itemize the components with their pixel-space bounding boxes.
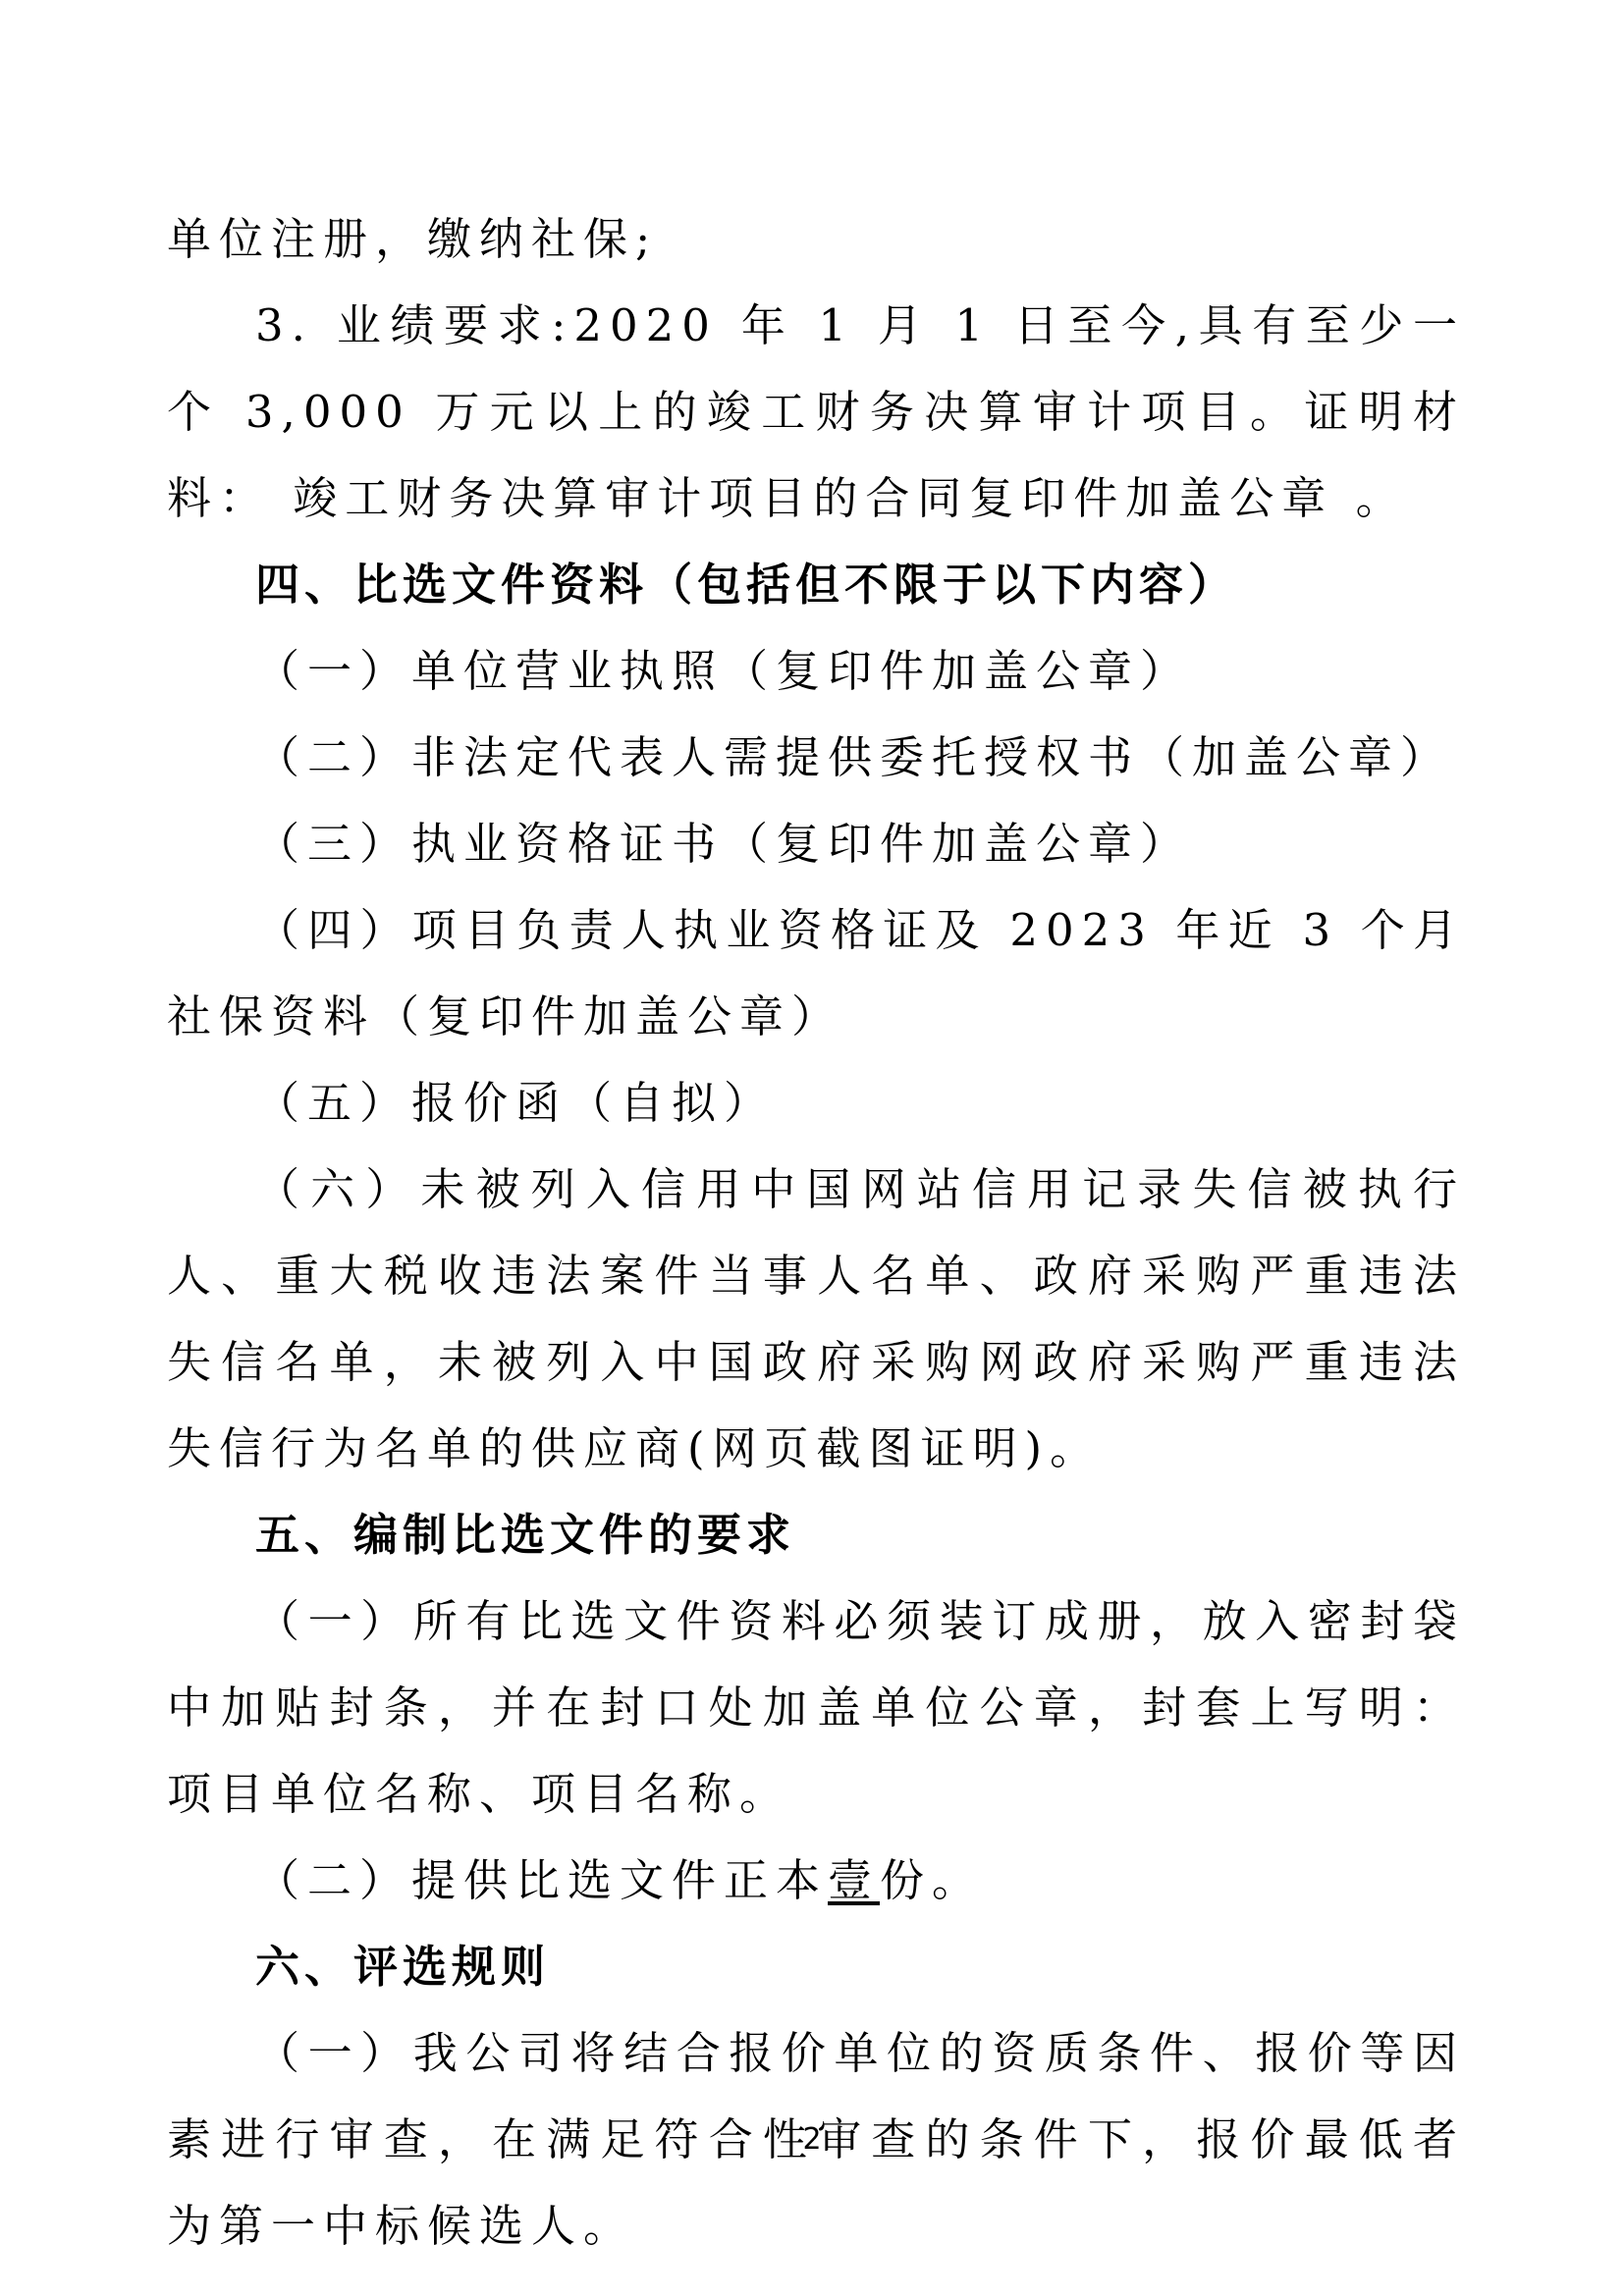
paragraph-registration-social-security: 单位注册，缴纳社保;: [167, 196, 1465, 283]
list-item-4-5-quotation-letter: （五）报价函（自拟）: [167, 1060, 1465, 1147]
heading-section-4-bid-documents: 四、比选文件资料（包括但不限于以下内容）: [167, 542, 1465, 628]
list-item-4-4-project-leader-certificate: （四）项目负责人执业资格证及 2023 年近 3 个月社保资料（复印件加盖公章）: [167, 887, 1465, 1060]
list-item-4-3-qualification-certificate: （三）执业资格证书（复印件加盖公章）: [167, 801, 1465, 887]
list-item-5-2-underlined-one: 壹: [828, 1854, 880, 1906]
heading-section-5-preparation-requirements: 五、编制比选文件的要求: [167, 1492, 1465, 1578]
paragraph-performance-requirement: 3. 业绩要求:2020 年 1 月 1 日至今,具有至少一个 3,000 万元…: [167, 283, 1465, 542]
list-item-5-2-original-copy: （二）提供比选文件正本壹份。: [167, 1838, 1465, 1924]
list-item-5-2-suffix: 份。: [880, 1854, 984, 1906]
list-item-5-2-prefix: （二）提供比选文件正本: [255, 1854, 828, 1906]
list-item-4-6-credit-record: （六）未被列入信用中国网站信用记录失信被执行人、重大税收违法案件当事人名单、政府…: [167, 1147, 1465, 1492]
page-number: 2: [0, 2120, 1624, 2160]
list-item-4-2-authorization-letter: （二）非法定代表人需提供委托授权书（加盖公章）: [167, 715, 1465, 801]
document-body: 单位注册，缴纳社保; 3. 业绩要求:2020 年 1 月 1 日至今,具有至少…: [167, 196, 1465, 2269]
list-item-4-1-business-license: （一）单位营业执照（复印件加盖公章）: [167, 628, 1465, 715]
document-page: 单位注册，缴纳社保; 3. 业绩要求:2020 年 1 月 1 日至今,具有至少…: [0, 0, 1624, 2296]
heading-section-6-selection-rules: 六、评选规则: [167, 1924, 1465, 2010]
list-item-5-1-binding-sealing: （一）所有比选文件资料必须装订成册，放入密封袋中加贴封条，并在封口处加盖单位公章…: [167, 1578, 1465, 1838]
